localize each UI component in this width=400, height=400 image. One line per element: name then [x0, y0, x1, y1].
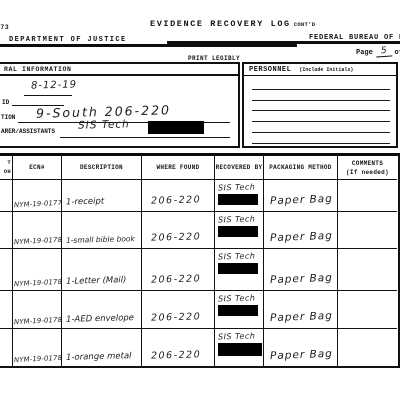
scanned-evidence-log-document: 973 EVIDENCE RECOVERY LOGCONT'D DEPARTME… [0, 0, 400, 400]
date-field-line [24, 95, 72, 96]
preparer-value-handwritten: SIS Tech [78, 118, 130, 131]
redaction-bar [218, 226, 258, 237]
ecn-cell: NYM-19-0178 [13, 291, 62, 329]
date-value-handwritten: 8-12-19 [31, 79, 77, 91]
personnel-line [252, 90, 390, 101]
form-number-fragment: 973 [0, 24, 9, 31]
table-row-cropped-cell [0, 329, 13, 366]
header-rule-left [0, 44, 297, 47]
comments-cell [338, 291, 397, 329]
location-field-label: TION [1, 114, 15, 121]
recovered-by-cell: SIS Tech [215, 180, 264, 212]
personnel-line [252, 101, 390, 112]
header-fragment: T [7, 159, 11, 167]
where-found-cell: 206-220 [142, 291, 215, 329]
recovered-by-cell: SIS Tech [215, 329, 264, 366]
table-header-description: DESCRIPTION [62, 156, 142, 180]
table-row-cropped-cell [0, 291, 13, 329]
table-header-packaging-method: PACKAGING METHOD [264, 156, 338, 180]
personnel-line [252, 133, 390, 144]
packaging-cell: Paper Bag [264, 291, 338, 329]
table-row-cropped-cell [0, 212, 13, 249]
packaging-cell: Paper Bag [264, 180, 338, 212]
redaction-bar [148, 121, 204, 134]
department-of-justice-label: DEPARTMENT OF JUSTICE [9, 36, 127, 44]
description-cell: 1-orange metal [62, 329, 142, 366]
description-cell: 1-AED envelope [62, 291, 142, 329]
packaging-cell: Paper Bag [264, 212, 338, 249]
comments-cell [338, 212, 397, 249]
where-found-cell: 206-220 [142, 329, 215, 366]
personnel-box: PERSONNEL (Include Initials) [242, 62, 398, 148]
document-title: EVIDENCE RECOVERY LOGCONT'D [150, 19, 315, 29]
id-field-label: ID [2, 99, 9, 106]
table-header-ecn: ECN# [13, 156, 62, 180]
where-found-cell: 206-220 [142, 212, 215, 249]
personnel-label: PERSONNEL [249, 66, 291, 74]
personnel-line [252, 122, 390, 133]
description-cell: 1-small bible book [62, 212, 142, 249]
page-number-handwritten: 5 [375, 45, 391, 57]
ecn-cell: NYM-19-0178 [13, 212, 62, 249]
table-row-cropped-cell [0, 180, 13, 212]
packaging-cell: Paper Bag [264, 249, 338, 291]
preparer-field-label: ARER/ASSISTANTS [1, 128, 55, 135]
evidence-table: T OH ECN# DESCRIPTION WHERE FOUND RECOVE… [0, 153, 400, 368]
ecn-cell: NYM-19-0178 [13, 249, 62, 291]
recovered-by-cell: SIS Tech [215, 291, 264, 329]
table-header-where-found: WHERE FOUND [142, 156, 215, 180]
general-information-title: RAL INFORMATION [0, 64, 238, 76]
description-cell: 1-Letter (Mail) [62, 249, 142, 291]
redaction-bar [218, 305, 258, 316]
personnel-note: (Include Initials) [299, 67, 353, 73]
comments-cell [338, 249, 397, 291]
personnel-blank-lines [244, 76, 396, 144]
page-indicator: Page 5 of [356, 46, 400, 57]
packaging-cell: Paper Bag [264, 329, 338, 366]
comments-cell [338, 329, 397, 366]
ecn-cell: NYM-19-0177 [13, 180, 62, 212]
table-header-recovered-by: RECOVERED BY [215, 156, 264, 180]
table-row-cropped-cell [0, 249, 13, 291]
title-text: EVIDENCE RECOVERY LOG [150, 19, 291, 29]
page-of-label: of [395, 49, 400, 57]
comments-cell [338, 180, 397, 212]
page-label: Page [356, 49, 373, 57]
where-found-cell: 206-220 [142, 180, 215, 212]
preparer-field-line [60, 137, 230, 138]
ecn-cell: NYM-19-0178 [13, 329, 62, 366]
table-header-cropped-column: T OH [0, 156, 13, 180]
personnel-line [252, 111, 390, 122]
redaction-bar [218, 263, 258, 274]
table-header-comments: COMMENTS (If needed) [338, 156, 397, 180]
personnel-header: PERSONNEL (Include Initials) [244, 64, 396, 76]
header-fragment: OH [4, 168, 11, 176]
title-suffix: CONT'D [294, 21, 316, 28]
print-legibly-label: PRINT LEGIBLY [188, 55, 240, 62]
where-found-cell: 206-220 [142, 249, 215, 291]
redaction-bar [218, 194, 258, 205]
redaction-bar [218, 343, 262, 356]
recovered-by-cell: SIS Tech [215, 249, 264, 291]
recovered-by-cell: SIS Tech [215, 212, 264, 249]
personnel-line [252, 79, 390, 90]
description-cell: 1-receipt [62, 180, 142, 212]
